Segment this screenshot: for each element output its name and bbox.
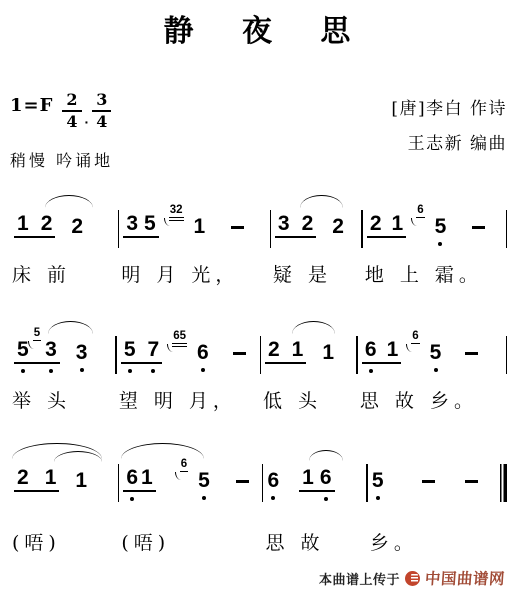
notation-row: 5 - - [368, 446, 507, 492]
credits: [唐]李白 作诗 王志新 编曲 [391, 92, 507, 162]
lyric-line: 思 故 乡。 [358, 386, 507, 413]
note-low-octave: 6 [126, 467, 138, 489]
notation-row: 2 1 6 5 - [363, 192, 507, 238]
note-low-octave: 5 [198, 470, 210, 492]
upload-note: 本曲谱上传于 [319, 569, 400, 588]
note: 1 [392, 213, 404, 235]
beam-group: 3 5 [123, 213, 158, 238]
note: 2 [71, 216, 83, 238]
notation-row: 5 5 3 3 [10, 318, 117, 364]
grace-note: 6 [416, 204, 424, 218]
slur-arc [292, 321, 335, 334]
slur-arc [121, 443, 205, 459]
time-signature-denominator: 4 [92, 112, 111, 130]
lyric-line: 举 头 [10, 386, 117, 413]
duration-dash: - [422, 480, 435, 484]
score-line-2: 5 5 3 3 举 头 5 7 65 6 - 望 明 月， [10, 318, 507, 413]
time-signature-numerator: 3 [92, 92, 111, 112]
beam-group: 1 6 [299, 467, 334, 492]
note-low-octave: 5 [124, 339, 136, 361]
footer: 本曲谱上传于 中国曲谱网 [319, 567, 505, 589]
time-signature-first: 2 4 [62, 92, 81, 130]
measure-3-1: 2 1 1 (唔) [10, 446, 119, 555]
time-signature-second: 3 4 [92, 92, 111, 130]
measure-2-2: 5 7 65 6 - 望 明 月， [117, 318, 261, 413]
lyric-line: 明 月 光， [119, 260, 271, 287]
measure-3-3: 6 1 6 思 故 [263, 446, 367, 555]
slur-arc [300, 195, 342, 208]
notation-row: 5 7 65 6 - [117, 318, 261, 364]
duration-dash: - [231, 226, 244, 230]
note: 2 [17, 467, 29, 489]
measure-1-2: 3 5 32 1 - 明 月 光， [119, 192, 271, 287]
measure-2-3: 2 1 1 低 头 [261, 318, 358, 413]
site-logo-icon [405, 571, 420, 586]
notation-row: 6 1 6 [263, 446, 367, 492]
note-low-octave: 6 [267, 470, 279, 492]
note: 1 [75, 470, 87, 492]
note-low-octave: 6 [197, 342, 209, 364]
grace-note: 5 [33, 327, 41, 341]
time-signature-separator: · [85, 114, 90, 130]
score-line-3: 2 1 1 (唔) 6 1 6 5 - (唔) 6 [10, 446, 507, 555]
key-label: 1=F [10, 96, 53, 116]
note: 2 [41, 213, 53, 235]
lyric-line: 疑 是 [271, 260, 363, 287]
notation-row: 6 1 6 5 - [119, 446, 263, 492]
note: 1 [194, 216, 206, 238]
lyric-line: 地 上 霜。 [363, 260, 507, 287]
note-low-octave: 5 [372, 470, 384, 492]
grace-note: 32 [169, 204, 184, 218]
note: 5 [144, 213, 156, 235]
sheet-music-page: 静 夜 思 1=F 2 4 · 3 4 [唐]李白 作诗 王志新 编曲 稍慢 吟… [0, 0, 515, 597]
score-line-1: 1 2 2 床 前 3 5 32 1 - 明 月 光， [10, 192, 507, 287]
measure-3-4: 5 - - 乡。 [368, 446, 507, 555]
duration-dash: - [472, 226, 485, 230]
measure-3-2: 6 1 6 5 - (唔) [119, 446, 263, 555]
note: 1 [141, 467, 153, 489]
notation-row: 2 1 1 [261, 318, 358, 364]
lyric-line: 望 明 月， [117, 386, 261, 413]
note: 2 [370, 213, 382, 235]
note: 3 [126, 213, 138, 235]
notation-row: 1 2 2 [10, 192, 119, 238]
note: 1 [45, 467, 57, 489]
duration-dash: - [236, 480, 249, 484]
measure-1-4: 2 1 6 5 - 地 上 霜。 [363, 192, 507, 287]
lyric-line: 床 前 [10, 260, 119, 287]
song-title: 静 夜 思 [0, 6, 515, 50]
time-signature-denominator: 4 [62, 112, 81, 130]
note: 2 [332, 216, 344, 238]
composer-credit: 王志新 编曲 [391, 127, 507, 162]
measure-2-4: 6 1 6 5 - 思 故 乡。 [358, 318, 507, 413]
note-low-octave: 5 [17, 339, 29, 361]
note-low-octave: 6 [320, 467, 332, 489]
slur-arc [48, 321, 93, 334]
key-time-signature: 1=F 2 4 · 3 4 [10, 96, 111, 130]
lyric-line: 乡。 [368, 528, 507, 555]
measure-1-3: 3 2 2 疑 是 [271, 192, 363, 287]
note-low-octave: 7 [148, 339, 160, 361]
note: 1 [387, 339, 399, 361]
note-low-octave: 6 [365, 339, 377, 361]
tempo-marking: 稍慢 吟诵地 [10, 148, 113, 171]
note: 2 [302, 213, 314, 235]
beam-group: 2 1 [265, 339, 306, 364]
slur-arc [45, 195, 93, 208]
beam-group: 5 7 [121, 339, 162, 364]
measure-1-1: 1 2 2 床 前 [10, 192, 119, 287]
beam-group: 1 2 [14, 213, 55, 238]
duration-dash: - [233, 352, 246, 356]
notation-row: 3 2 2 [271, 192, 363, 238]
time-signature-numerator: 2 [62, 92, 81, 112]
beam-group: 6 1 [123, 467, 155, 492]
lyric-line: 思 故 [263, 528, 367, 555]
beam-group: 2 1 [367, 213, 406, 238]
lyric-line: (唔) [10, 528, 119, 555]
note: 1 [292, 339, 304, 361]
beam-group: 2 1 [14, 467, 59, 492]
beam-group: 3 2 [275, 213, 316, 238]
note-low-octave: 5 [435, 216, 447, 238]
lyric-line: (唔) [119, 528, 263, 555]
slur-arc [309, 450, 342, 461]
note: 3 [278, 213, 290, 235]
grace-note: 6 [411, 330, 419, 344]
grace-note: 6 [180, 458, 188, 472]
note: 1 [302, 467, 314, 489]
note: 1 [17, 213, 29, 235]
note-low-octave: 5 [430, 342, 442, 364]
beam-group: 6 1 [362, 339, 401, 364]
site-name: 中国曲谱网 [424, 567, 506, 589]
note-low-octave: 3 [76, 342, 88, 364]
notation-row: 2 1 1 [10, 446, 119, 492]
grace-note: 65 [172, 330, 187, 344]
lyric-line: 低 头 [261, 386, 358, 413]
note: 2 [268, 339, 280, 361]
duration-dash: - [465, 480, 478, 484]
note-low-octave: 3 [45, 339, 57, 361]
notation-row: 6 1 6 5 - [358, 318, 507, 364]
beam-group: 5 5 3 [14, 339, 60, 364]
measure-2-1: 5 5 3 3 举 头 [10, 318, 117, 413]
duration-dash: - [465, 352, 478, 356]
note: 1 [322, 342, 334, 364]
notation-row: 3 5 32 1 - [119, 192, 271, 238]
poet-credit: [唐]李白 作诗 [391, 92, 507, 127]
